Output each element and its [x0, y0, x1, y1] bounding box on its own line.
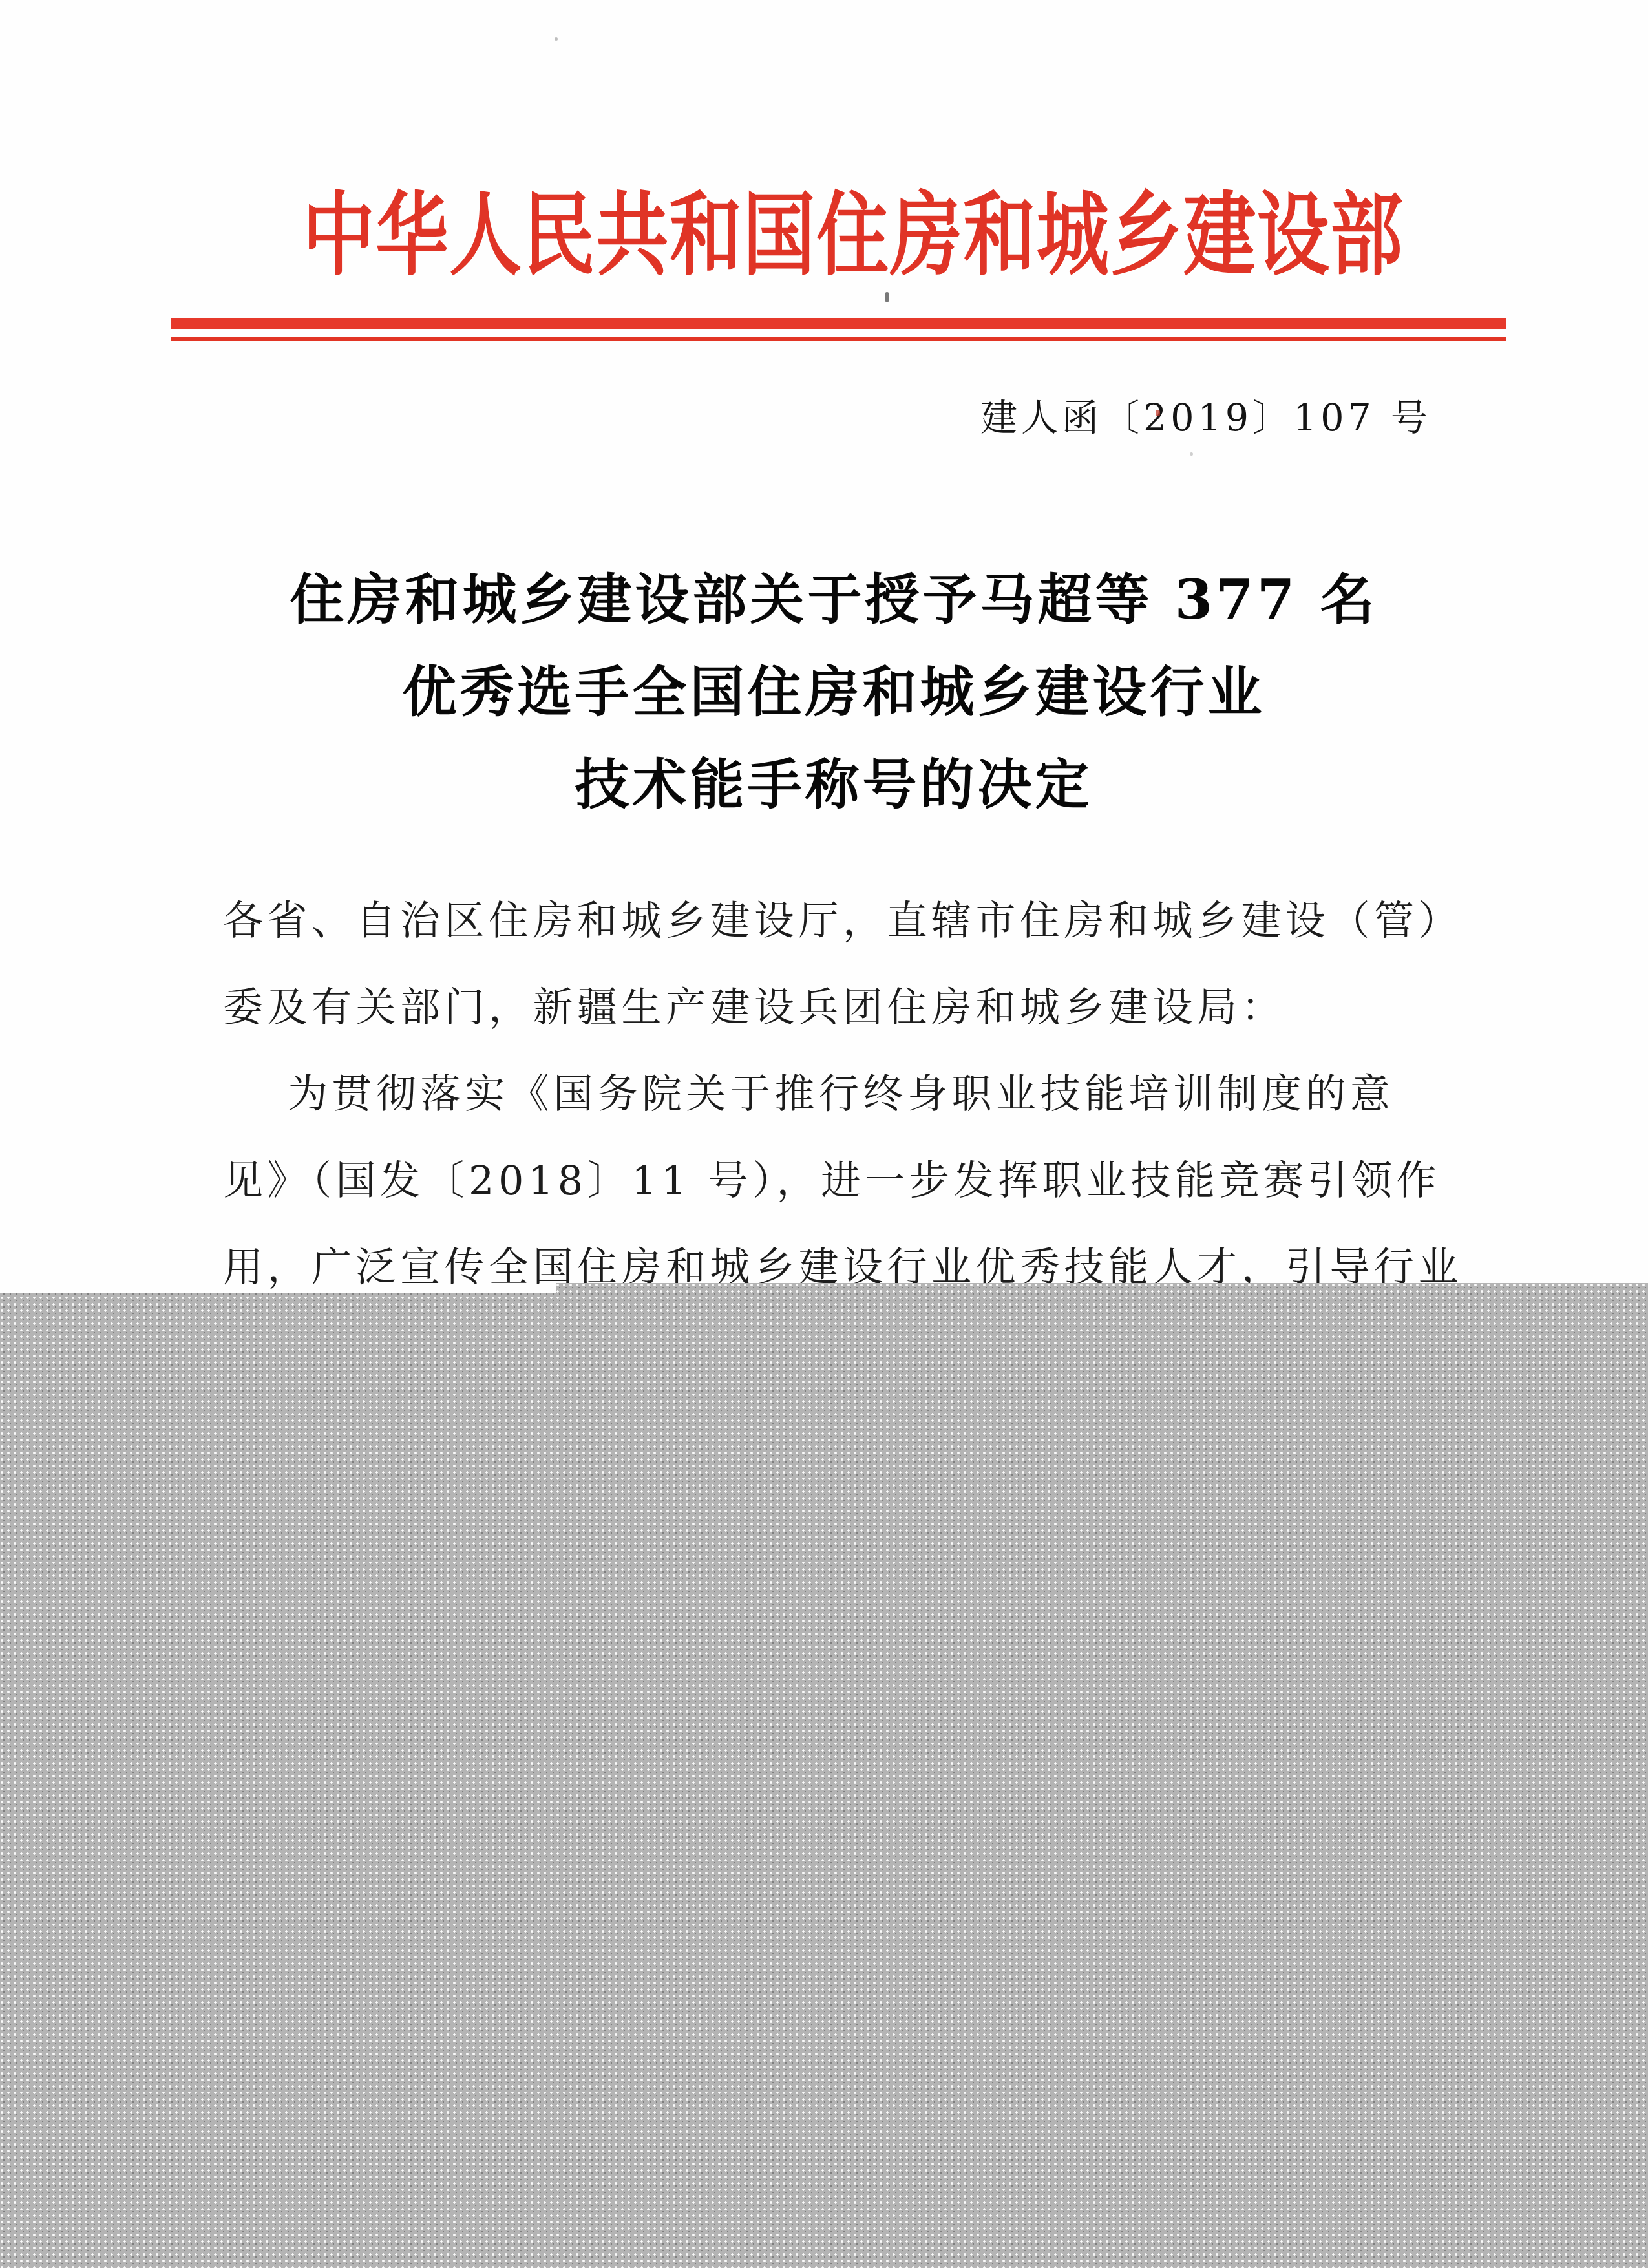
red-rule-thick — [171, 318, 1506, 329]
title-line-2: 优秀选手全国住房和城乡建设行业 — [10, 646, 1648, 738]
body-line-4: 见》（国发〔2018〕11 号），进一步发挥职业技能竞赛引领作 — [223, 1138, 1463, 1224]
scan-speck — [1190, 452, 1193, 456]
scanned-document-page: 中华人民共和国住房和城乡建设部 建人函〔2019〕107 号 住房和城乡建设部关… — [0, 0, 1648, 2268]
agency-header-title: 中华人民共和国住房和城乡建设部 — [302, 186, 1404, 284]
title-line-3: 技术能手称号的决定 — [10, 738, 1648, 831]
body-line-3: 为贯彻落实《国务院关于推行终身职业技能培训制度的意 — [223, 1051, 1463, 1138]
redaction-overlay — [0, 1283, 1648, 2268]
scan-speck — [885, 292, 889, 302]
body-line-1: 各省、自治区住房和城乡建设厅，直辖市住房和城乡建设（管） — [223, 878, 1463, 964]
document-title: 住房和城乡建设部关于授予马超等 377 名 优秀选手全国住房和城乡建设行业 技术… — [10, 553, 1648, 831]
title-line-1: 住房和城乡建设部关于授予马超等 377 名 — [10, 553, 1648, 646]
scan-speck — [1156, 410, 1160, 416]
body-line-2: 委及有关部门，新疆生产建设兵团住房和城乡建设局： — [223, 964, 1463, 1051]
red-rule-thin — [171, 337, 1506, 341]
document-number: 建人函〔2019〕107 号 — [980, 396, 1431, 441]
scan-speck — [555, 37, 558, 41]
body-text: 各省、自治区住房和城乡建设厅，直辖市住房和城乡建设（管） 委及有关部门，新疆生产… — [223, 878, 1463, 1311]
